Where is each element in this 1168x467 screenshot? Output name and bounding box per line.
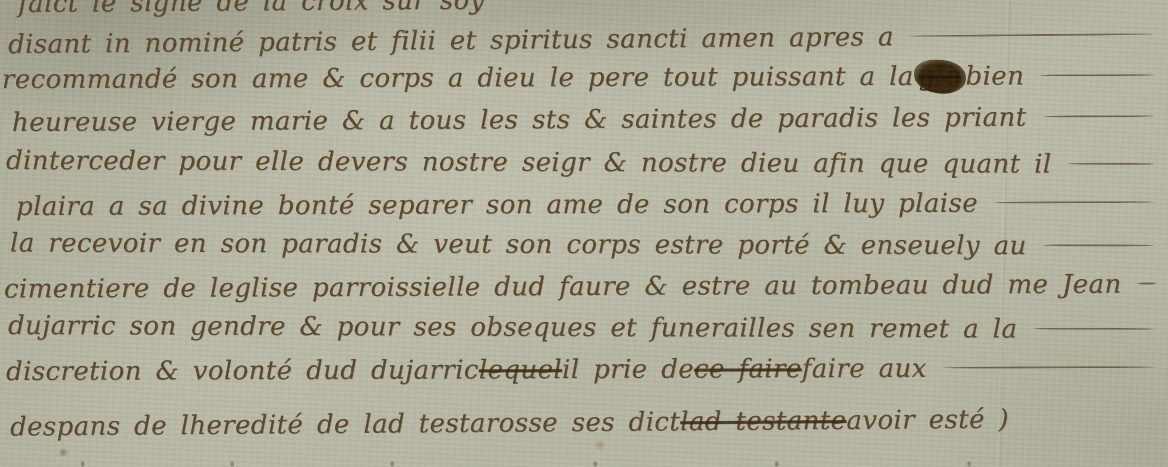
line-text: avoir esté ) [846,403,1009,438]
manuscript-line: despans de lheredité de lad testarosse s… [10,401,1158,444]
line-filler-rule [943,366,1154,369]
manuscript-line: la recevoir en son paradis & veut son co… [10,226,1158,263]
line-text: faire aux [802,352,927,386]
line-text: bien [965,59,1024,93]
line-filler-rule [1033,328,1154,330]
paper-stain [58,448,69,457]
manuscript-line: dujarric son gendre & pour ses obseques … [8,309,1158,347]
manuscript-page: faict le signe de la croix sur soy disan… [0,0,1168,467]
line-text: cimentiere de leglise parroissielle dud … [4,268,1122,307]
line-filler-rule [1138,282,1156,284]
line-text: dinterceder pour elle devers nostre seig… [6,144,1052,182]
manuscript-line: plaira a sa divine bonté separer son ame… [16,186,1158,224]
line-filler-rule [994,201,1154,204]
clipped-next-line-traces [40,461,1108,467]
struck-text: lad testante [680,404,846,439]
line-text: plaira a sa divine bonté separer son ame… [16,187,978,224]
line-text: dujarric son gendre & pour ses obseques … [8,309,1017,347]
line-text: recommandé son ame & corps a dieu le per… [2,60,914,97]
manuscript-line: recommandé son ame & corps a dieu le per… [2,59,1158,97]
paper-stain [593,440,607,450]
line-text: faict le signe de la croix sur soy [18,0,485,21]
manuscript-line: discretion & volonté dud dujarric lequel… [6,351,1158,389]
line-text: disant in nominé patris et filii et spir… [8,20,894,62]
line-filler-rule [1068,163,1154,165]
line-text: heureuse vierge marie & a tous les sts &… [12,101,1027,140]
line-text: discretion & volonté dud dujarric [6,353,479,389]
manuscript-line: dinterceder pour elle devers nostre seig… [6,144,1158,182]
manuscript-line: faict le signe de la croix sur soy [18,0,1158,21]
struck-text: lequel [479,353,562,387]
line-text: la recevoir en son paradis & veut son co… [10,226,1027,263]
line-filler-rule [1043,244,1154,246]
manuscript-line: disant in nominé patris et filii et spir… [8,18,1158,62]
line-text: despans de lheredité de lad testarosse s… [10,405,680,444]
struck-text: ce faire [694,352,802,386]
line-filler-rule [910,33,1154,37]
manuscript-line: cimentiere de leglise parroissielle dud … [4,267,1158,306]
line-text: il prie de [562,353,694,387]
line-filler-rule [1040,74,1154,76]
ink-blot: glo [914,60,966,94]
manuscript-line: heureuse vierge marie & a tous les sts &… [12,100,1158,140]
line-filler-rule [1042,115,1153,118]
